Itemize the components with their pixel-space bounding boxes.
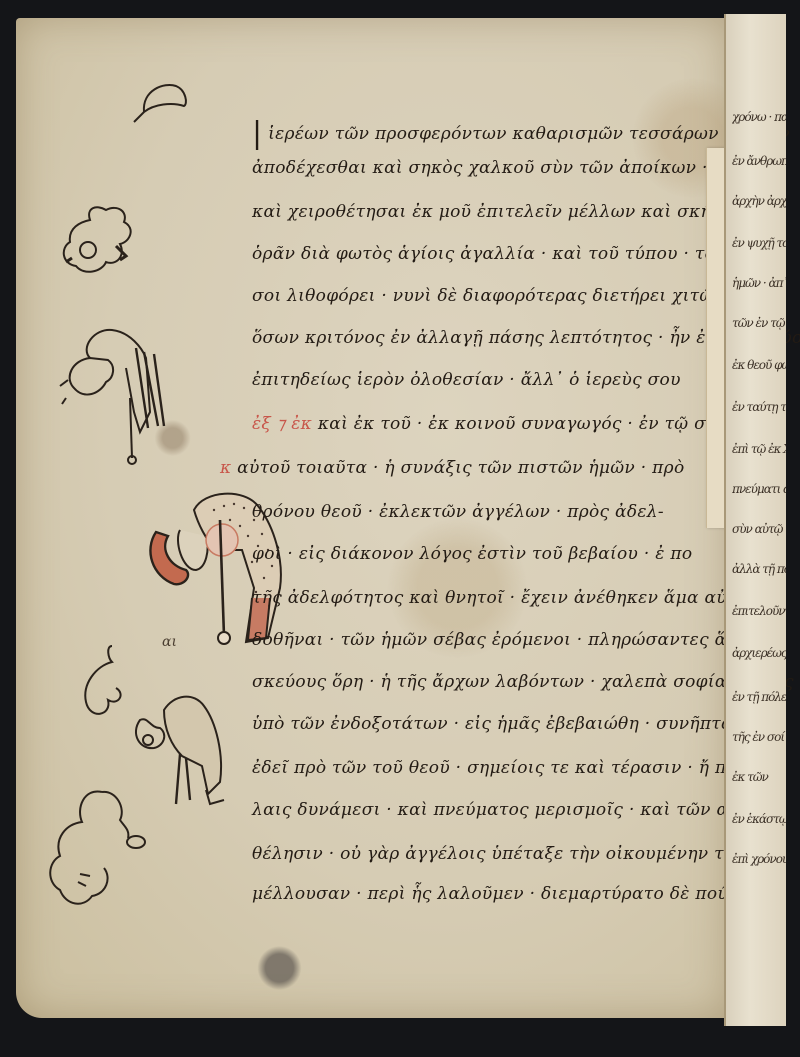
text-line-19: μέλλουσαν · περὶ ἧς λαλοῦμεν · διεμαρτύρ… <box>252 884 760 904</box>
text-line-8: ἐξ ⁊ ἐκ καὶ ἐκ τοῦ · ἐκ κοινοῦ συναγωγός… <box>252 414 767 434</box>
facing-line: ἐπὶ τῷ ἐκ Χρισ <box>732 442 786 456</box>
margin-note: αι <box>162 634 177 650</box>
facing-line: ἐν ψυχῇ τοῦ <box>732 236 786 250</box>
text-line-15: ὑπὸ τῶν ἐνδοξοτάτων · εἰς ἡμᾶς ἐβεβαιώθη… <box>252 714 740 734</box>
manuscript-page: αι | ἱερέων τῶν προσφερόντων καθαρισμῶν … <box>16 18 728 1018</box>
text-line-3: καὶ χειροθέτησαι ἐκ μοῦ ἐπιτελεῖν μέλλων… <box>252 202 732 222</box>
initial-letter: | <box>252 116 262 151</box>
facing-line: ἀρχὴν ἀρχιερ <box>732 194 786 208</box>
text-line-12: τῆς ἀδελφότητος καὶ θνητοῖ · ἔχειν ἀνέθη… <box>252 588 751 608</box>
rubric-text: ἐξ ⁊ ἐκ <box>252 414 312 434</box>
text-line-13: δοθῆναι · τῶν ἡμῶν σέβας ἐρόμενοι · πληρ… <box>252 630 785 650</box>
text-line-17: λαις δυνάμεσι · καὶ πνεύματος μερισμοῖς … <box>252 800 773 820</box>
text-line-18: θέλησιν · οὐ γὰρ ἀγγέλοις ὑπέταξε τὴν οἰ… <box>252 844 745 864</box>
facing-line: τῶν ἐν τῷ λα <box>732 316 786 330</box>
text-line-4: ὁρᾶν διὰ φωτὸς ἁγίοις ἀγαλλία · καὶ τοῦ … <box>252 244 776 264</box>
facing-page-edge: χρόνω · παρ᾽ ἧς ἐν ἄνθρωπου · ἀρχὴν ἀρχι… <box>724 14 786 1026</box>
text-line-14: σκεύους ὅρη · ἡ τῆς ἄρχων λαβόντων · χαλ… <box>252 672 794 692</box>
facing-line: ἐπὶ χρόνου <box>732 852 786 866</box>
facing-line: ἀρχιερέως τοῦ <box>732 646 786 660</box>
text-line-16: ἐδεῖ πρὸ τῶν τοῦ θεοῦ · σημείοις τε καὶ … <box>252 758 768 778</box>
text-line-5: σοι λιθοφόρει · νυνὶ δὲ διαφορότερας διε… <box>252 286 782 306</box>
facing-line: ἐπιτελοῦντες <box>732 604 786 618</box>
facing-line: ἐν ἄνθρωπου · <box>732 154 786 168</box>
facing-line: ἐν τῇ πόλει <box>732 690 786 704</box>
inverted-figure-with-staff-drawing <box>50 308 190 478</box>
text-line-9: κ αὐτοῦ τοιαῦτα · ἡ συνάξις τῶν πιστῶν ἡ… <box>220 458 684 478</box>
facing-line: πνεύματι ἁγί <box>732 482 786 496</box>
text-line-1: | ἱερέων τῶν προσφερόντων καθαρισμῶν τεσ… <box>252 116 790 151</box>
facing-line: ἀλλὰ τῇ πόλει <box>732 562 786 576</box>
inverted-face-with-hat-drawing <box>36 778 156 938</box>
facing-line: ἐκ θεοῦ φω <box>732 358 786 372</box>
facing-line: σὺν αὐτῷ <box>732 522 786 536</box>
facing-line: ἐν ἑκάστῳ <box>732 812 786 826</box>
facing-line: ἡμῶν · ἀπ᾽ ἐμοῦ <box>732 276 786 290</box>
facing-line: ἐκ τῶν <box>732 770 786 784</box>
rubric-text: κ <box>220 458 231 478</box>
text-line-10: θρόνου θεοῦ · ἐκλεκτῶν ἀγγέλων · πρὸς ἀδ… <box>252 502 664 522</box>
text-line-7: ἐπιτηδείως ἱερὸν ὀλοθεσίαν · ἄλλ᾽ ὁ ἱερε… <box>252 370 681 390</box>
upside-down-head-drawing <box>46 186 156 296</box>
text-line-11: φοὶ · εἰς διάκονον λόγος ἐστὶν τοῦ βεβαί… <box>252 544 692 564</box>
text-line-2: ἀποδέχεσθαι καὶ σηκὸς χαλκοῦ σὺν τῶν ἀπο… <box>252 158 772 178</box>
facing-line: ἐν ταύτῃ τοῖς <box>732 400 786 414</box>
facing-line: τῆς ἐν σοί <box>732 730 786 744</box>
facing-line: χρόνω · παρ᾽ ἧς <box>732 110 786 124</box>
cap-sketch-drawing <box>124 80 194 130</box>
